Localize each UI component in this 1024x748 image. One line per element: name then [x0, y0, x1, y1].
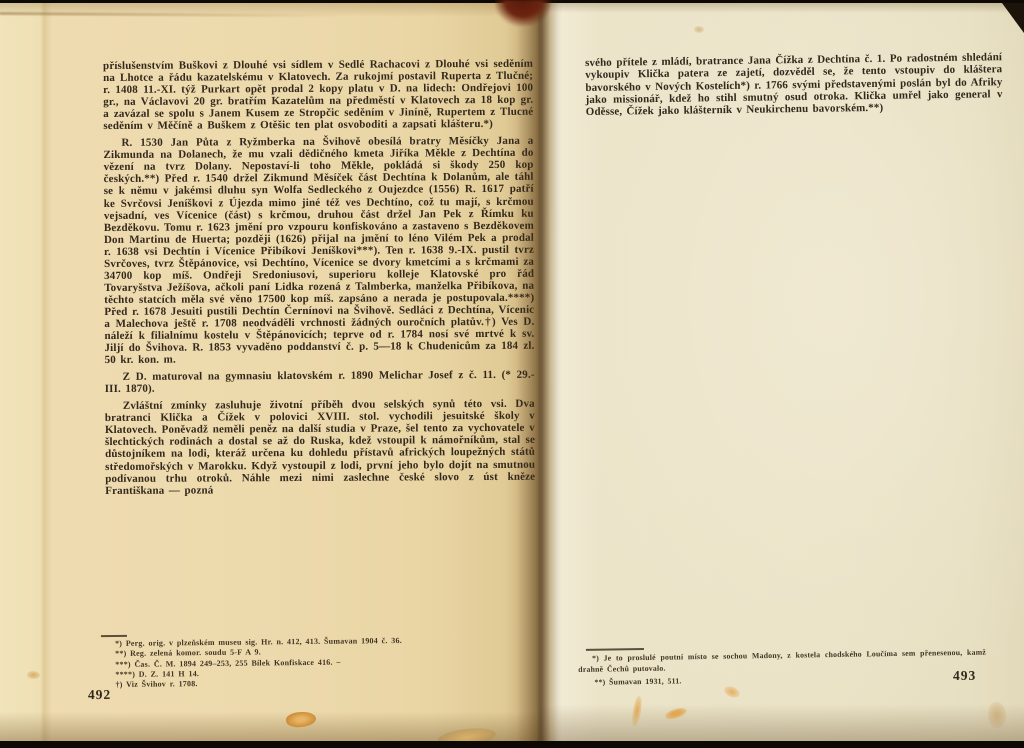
paragraph: svého přítele z mládí, bratrance Jana Čí… — [585, 51, 1003, 118]
photo-background-bottom-edge — [0, 741, 1024, 748]
page-number-left: 492 — [88, 687, 111, 703]
left-page-footnotes: *) Perg. orig. v plzeňském museu sig. Hr… — [115, 634, 546, 690]
page-crease — [0, 12, 340, 17]
right-page-text-block: svého přítele z mládí, bratrance Jana Čí… — [585, 51, 1003, 123]
right-page-footnotes: *) Je to proslulé poutní místo se sochou… — [578, 648, 986, 689]
paragraph: Z D. maturoval na gymnasiu klatovském r.… — [105, 369, 535, 395]
paragraph: Zvláštní zmínky zasluhuje životní příběh… — [105, 398, 535, 497]
paragraph: R. 1530 Jan Půta z Ryžmberka na Švihově … — [103, 135, 534, 366]
page-number-right: 493 — [953, 668, 976, 684]
book-photo: příslušenstvím Buškovi z Dlouhé vsi sídl… — [0, 0, 1024, 748]
book-scan: { "book": { "description": "Open book sc… — [0, 0, 1024, 748]
photo-background-corner — [1002, 3, 1024, 33]
left-page: příslušenstvím Buškovi z Dlouhé vsi sídl… — [0, 3, 540, 741]
footnote-rule — [101, 635, 127, 637]
paragraph: příslušenstvím Buškovi z Dlouhé vsi sídl… — [103, 58, 533, 133]
book-headband — [495, 0, 551, 26]
left-page-text-block: příslušenstvím Buškovi z Dlouhé vsi sídl… — [103, 58, 535, 502]
